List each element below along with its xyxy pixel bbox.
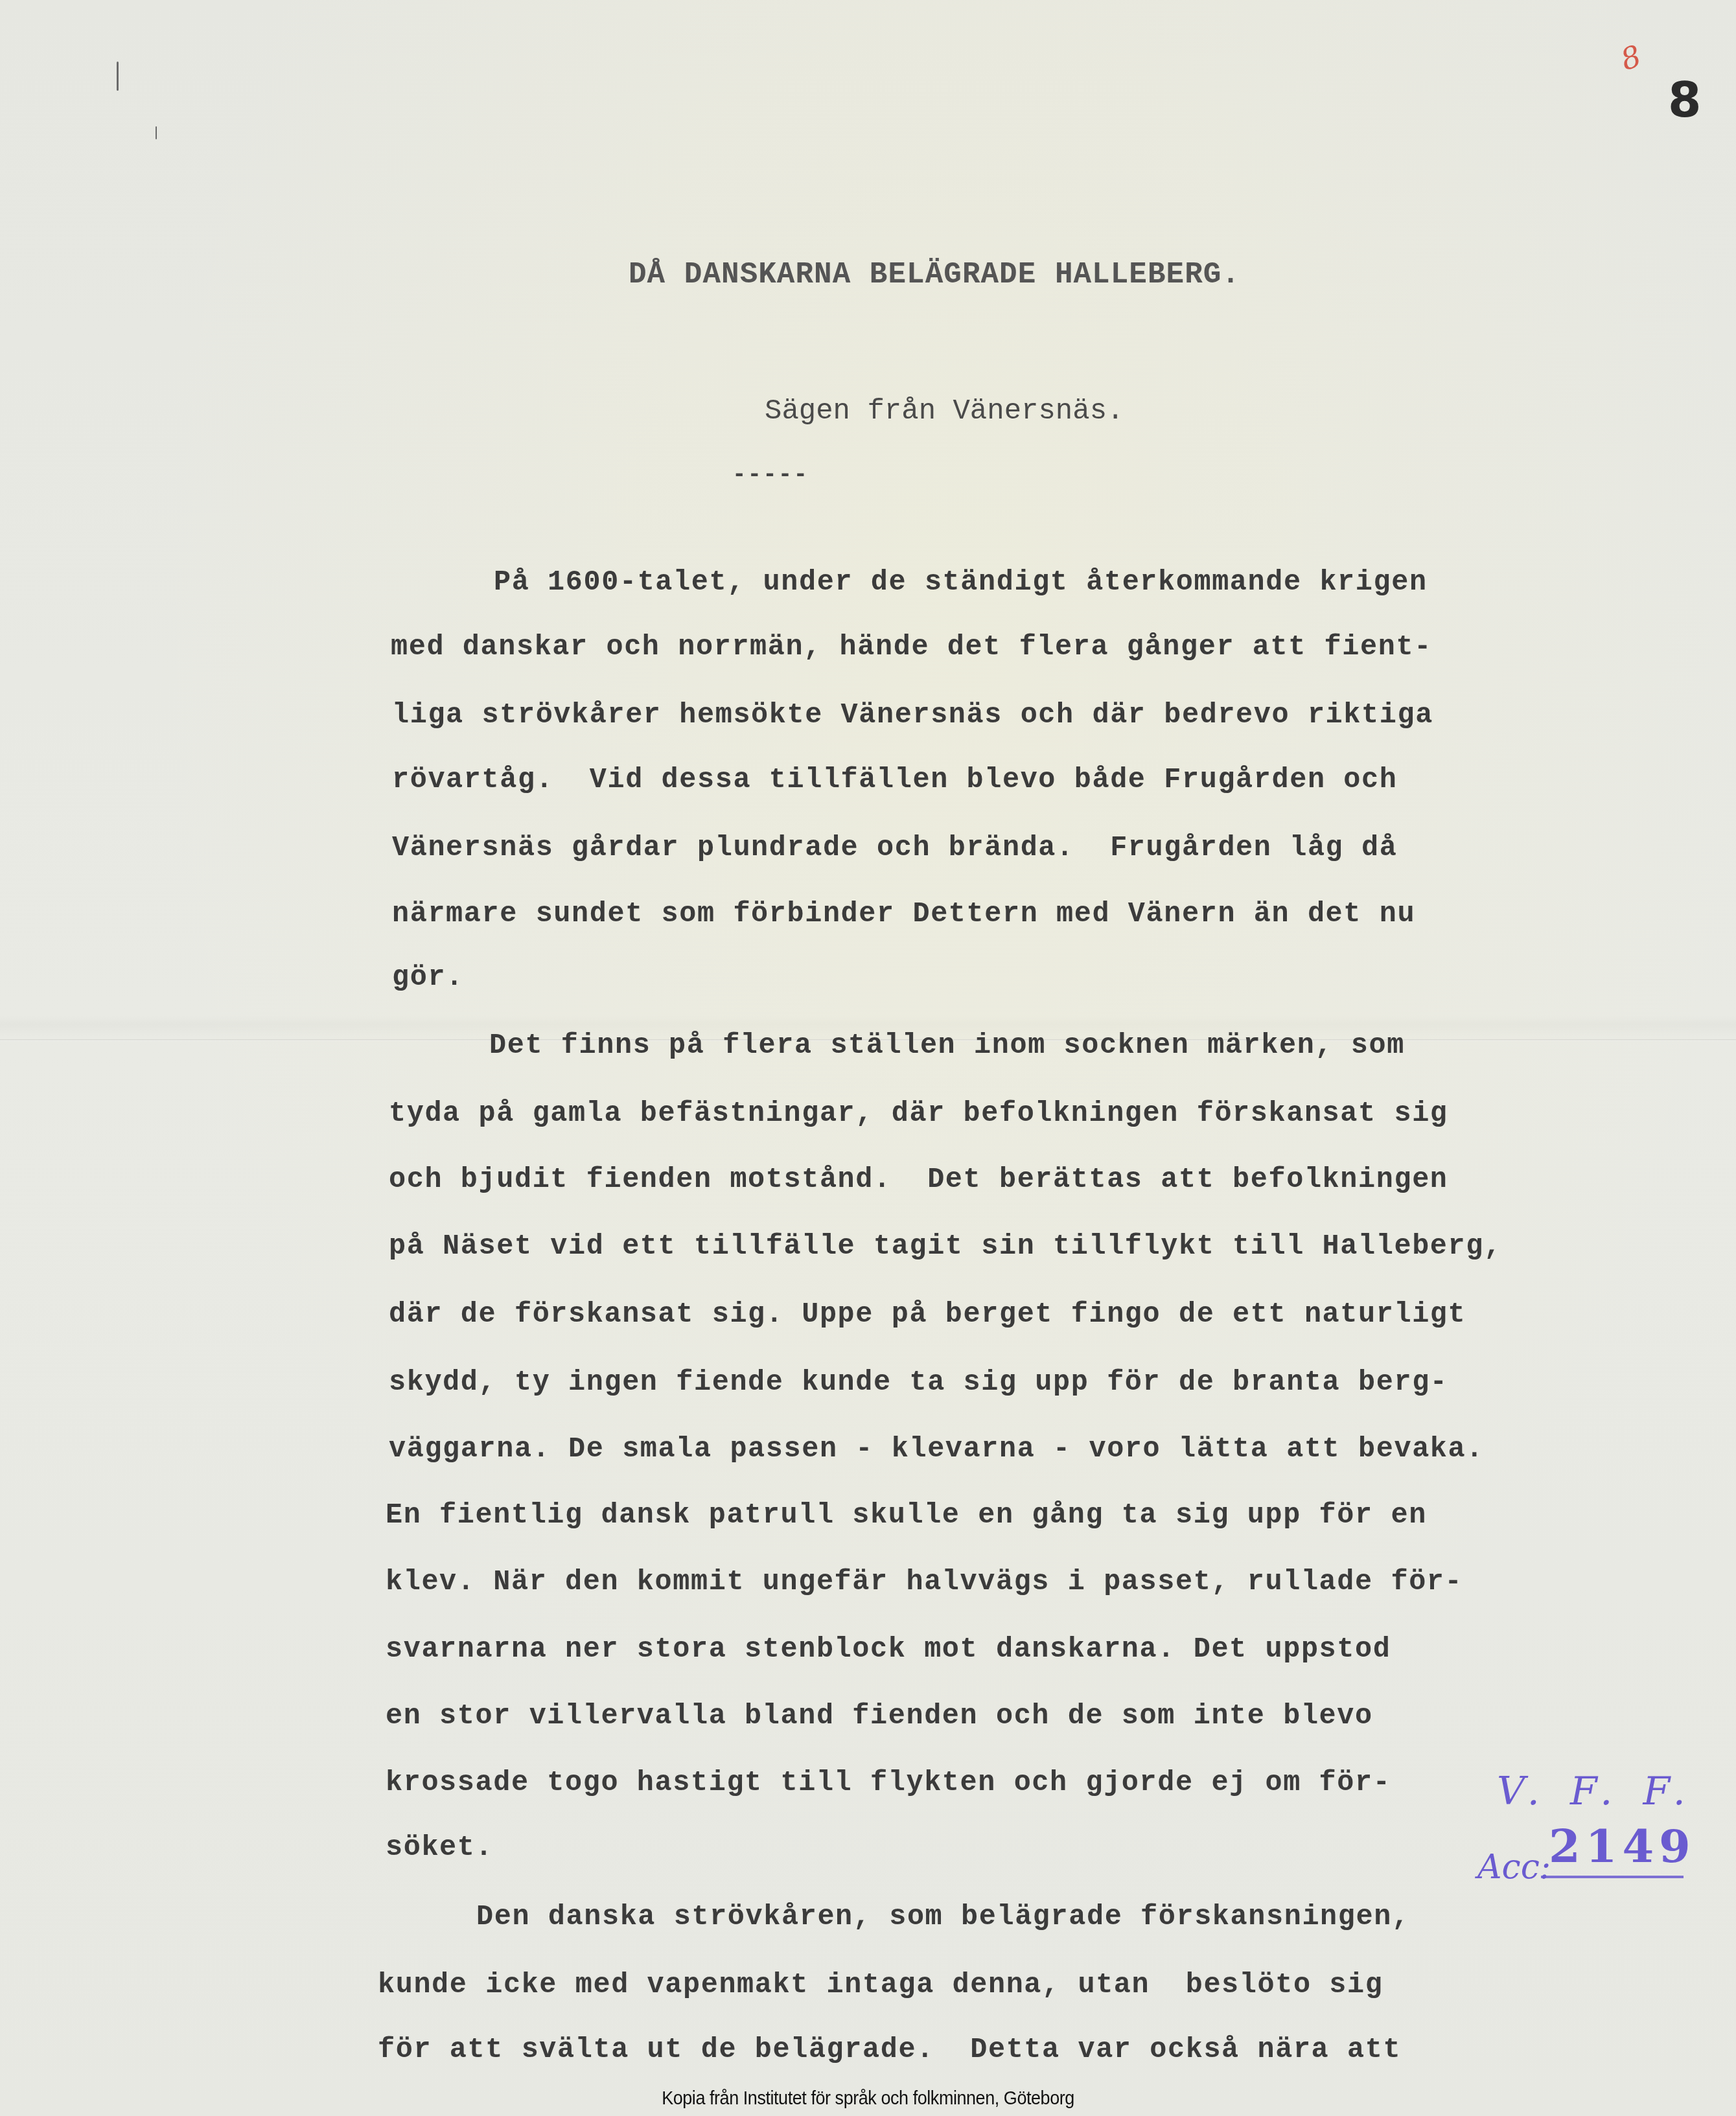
text-line: skydd, ty ingen fiende kunde ta sig upp … (389, 1367, 1448, 1399)
text-line: Den danska strövkåren, som belägrade för… (476, 1902, 1410, 1933)
stamp-initials: V. F. F. (1497, 1769, 1695, 1814)
text-line: med danskar och norrmän, hände det flera… (391, 632, 1432, 663)
text-line: rövartåg. Vid dessa tillfällen blevo båd… (392, 765, 1397, 796)
scanned-document-page: 8 8 DÅ DANSKARNA BELÄGRADE HALLEBERG. Sä… (0, 0, 1736, 2116)
text-line: en stor villervalla bland fienden och de… (386, 1701, 1373, 1732)
text-line: krossade togo hastigt till flykten och g… (386, 1767, 1391, 1799)
text-line: svarnarna ner stora stenblock mot danska… (386, 1634, 1391, 1666)
stamp-underline (1541, 1876, 1684, 1878)
text-line: Vänersnäs gårdar plundrade och brända. F… (392, 833, 1397, 864)
text-line: tyda på gamla befästningar, där befolkni… (389, 1098, 1448, 1130)
margin-mark (156, 126, 157, 139)
text-line: klev. När den kommit ungefär halvvägs i … (386, 1567, 1463, 1598)
text-line: kunde icke med vapenmakt intaga denna, u… (378, 1970, 1383, 2001)
text-line: närmare sundet som förbinder Dettern med… (392, 899, 1415, 930)
text-line: där de förskansat sig. Uppe på berget fi… (389, 1299, 1466, 1331)
handwritten-page-number: 8 (1616, 38, 1645, 77)
text-line: för att svälta ut de belägrade. Detta va… (378, 2034, 1401, 2066)
archive-accession-stamp: V. F. F. 2149 Acc: (1497, 1769, 1730, 1898)
text-line: söket. (386, 1832, 493, 1864)
stamp-accession-number: 2149 (1549, 1819, 1696, 1873)
separator-dashes: ----- (732, 461, 809, 488)
margin-mark (117, 62, 119, 91)
typed-page-number: 8 (1668, 73, 1702, 128)
text-line: gör. (392, 962, 464, 994)
text-line: på Näset vid ett tillfälle tagit sin til… (389, 1231, 1502, 1263)
text-line: och bjudit fienden motstånd. Det berätta… (389, 1164, 1448, 1196)
document-title: DÅ DANSKARNA BELÄGRADE HALLEBERG. (629, 258, 1240, 292)
text-line: En fientlig dansk patrull skulle en gång… (386, 1500, 1427, 1532)
text-line: Det finns på flera ställen inom socknen … (489, 1030, 1405, 1062)
document-subtitle: Sägen från Vänersnäs. (765, 395, 1124, 428)
text-line: På 1600-talet, under de ständigt återkom… (494, 567, 1428, 599)
stamp-accession-label: Acc: (1477, 1848, 1551, 1887)
copy-source-caption: Kopia från Institutet för språk och folk… (87, 2087, 1649, 2110)
text-line: väggarna. De smala passen - klevarna - v… (389, 1434, 1484, 1466)
text-line: liga strövkårer hemsökte Vänersnäs och d… (392, 700, 1433, 731)
